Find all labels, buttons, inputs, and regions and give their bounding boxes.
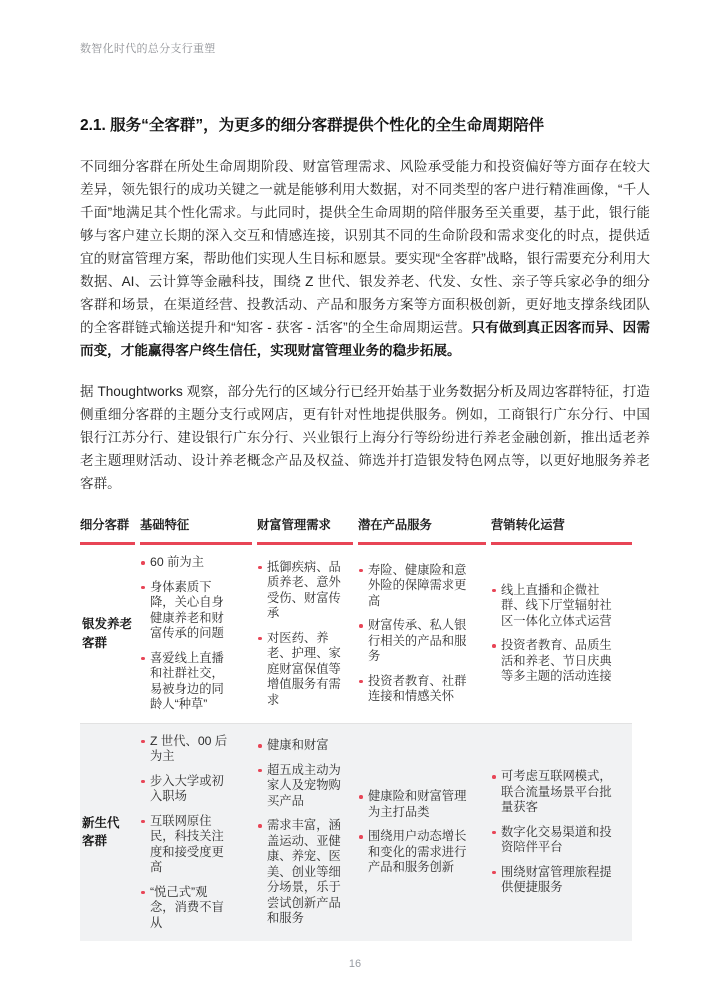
bullet-item: 喜爱线上直播和社群社交，易被身边的同龄人“种草”	[140, 651, 230, 713]
bullet-dot-icon	[258, 566, 262, 570]
bullet-text: 抵御疾病、品质养老、意外受伤、财富传承	[267, 560, 341, 621]
bullet-text: 围绕用户动态增长和变化的需求进行产品和服务创新	[368, 829, 466, 874]
cell-silver-traits: 60 前为主身体素质下降，关心自身健康养老和财富传承的问题喜爱线上直播和社群社交…	[140, 555, 252, 713]
bullet-item: 健康和财富	[257, 738, 353, 754]
bullet-item: 投资者教育、社群连接和情感关怀	[358, 674, 473, 705]
bullet-dot-icon	[492, 775, 496, 779]
bullet-item: 可考虑互联网模式，联合流量场景平台批量获客	[491, 769, 619, 816]
bullet-item: Z 世代、00 后为主	[140, 734, 230, 765]
bullet-dot-icon	[141, 561, 145, 565]
cell-newgen-traits: Z 世代、00 后为主步入大学或初入职场互联网原住民，科技关注度和接受度更高“悦…	[140, 734, 252, 932]
document-page: 数智化时代的总分支行重塑 2.1. 服务“全客群”，为更多的细分客群提供个性化的…	[0, 0, 710, 1008]
bullet-item: 围绕用户动态增长和变化的需求进行产品和服务创新	[358, 829, 473, 876]
row-label-silver-seniors: 银发养老 客群	[80, 615, 135, 653]
bullet-dot-icon	[492, 644, 496, 648]
bullet-text: 身体素质下降，关心自身健康养老和财富传承的问题	[150, 580, 224, 641]
bullet-dot-icon	[141, 740, 145, 744]
bullet-text: 健康险和财富管理为主打品类	[368, 789, 466, 819]
cell-newgen-products: 健康险和财富管理为主打品类围绕用户动态增长和变化的需求进行产品和服务创新	[358, 789, 486, 876]
bullet-text: 投资者教育、社群连接和情感关怀	[368, 674, 466, 704]
bullet-item: 超五成主动为家人及宠物购买产品	[257, 763, 353, 810]
customer-segments-table: 细分客群 基础特征 财富管理需求 潜在产品服务 营销转化运营 银发养老 客群 6…	[80, 515, 632, 941]
bullet-text: 需求丰富，涵盖运动、亚健康、养宠、医美、创业等细分场景，乐于尝试创新产品和服务	[267, 818, 341, 925]
bullet-text: “悦己式”观念，消费不盲从	[150, 885, 224, 930]
cell-newgen-marketing: 可考虑互联网模式，联合流量场景平台批量获客数字化交易渠道和投资陪伴平台围绕财富管…	[491, 769, 632, 896]
paragraph-1: 不同细分客群在所处生命周期阶段、财富管理需求、风险承受能力和投资偏好等方面存在较…	[80, 155, 650, 362]
bullet-item: 对医药、养老、护理、家庭财富保值等增值服务有需求	[257, 631, 353, 709]
bullet-item: 投资者教育、品质生活和养老、节日庆典等多主题的活动连接	[491, 638, 619, 685]
bullet-dot-icon	[359, 569, 363, 573]
paragraph-1-text: 不同细分客群在所处生命周期阶段、财富管理需求、风险承受能力和投资偏好等方面存在较…	[80, 159, 650, 335]
bullet-item: 步入大学或初入职场	[140, 774, 230, 805]
bullet-text: 超五成主动为家人及宠物购买产品	[267, 763, 341, 808]
bullet-item: 寿险、健康险和意外险的保障需求更高	[358, 563, 473, 610]
bullet-dot-icon	[359, 624, 363, 628]
bullet-dot-icon	[258, 744, 262, 748]
section-title: 2.1. 服务“全客群”，为更多的细分客群提供个性化的全生命周期陪伴	[80, 114, 648, 137]
table-header-row: 细分客群 基础特征 财富管理需求 潜在产品服务 营销转化运营	[80, 515, 632, 545]
bullet-text: 投资者教育、品质生活和养老、节日庆典等多主题的活动连接	[501, 638, 612, 683]
table-row-silver-seniors: 银发养老 客群 60 前为主身体素质下降，关心自身健康养老和财富传承的问题喜爱线…	[80, 545, 632, 724]
bullet-item: 抵御疾病、品质养老、意外受伤、财富传承	[257, 560, 353, 622]
col-header-traits: 基础特征	[140, 515, 252, 545]
bullet-item: 数字化交易渠道和投资陪伴平台	[491, 825, 619, 856]
bullet-text: Z 世代、00 后为主	[150, 734, 227, 764]
col-header-wealth-needs: 财富管理需求	[257, 515, 353, 545]
bullet-item: 身体素质下降，关心自身健康养老和财富传承的问题	[140, 580, 230, 642]
bullet-text: 对医药、养老、护理、家庭财富保值等增值服务有需求	[267, 631, 341, 707]
bullet-dot-icon	[258, 824, 262, 828]
bullet-text: 财富传承、私人银行相关的产品和服务	[368, 618, 466, 663]
bullet-item: “悦己式”观念，消费不盲从	[140, 885, 230, 932]
bullet-dot-icon	[492, 831, 496, 835]
cell-silver-products: 寿险、健康险和意外险的保障需求更高财富传承、私人银行相关的产品和服务投资者教育、…	[358, 563, 486, 705]
bullet-dot-icon	[359, 795, 363, 799]
bullet-dot-icon	[141, 820, 145, 824]
bullet-text: 喜爱线上直播和社群社交，易被身边的同龄人“种草”	[150, 651, 224, 712]
bullet-item: 互联网原住民，科技关注度和接受度更高	[140, 814, 230, 876]
col-header-marketing: 营销转化运营	[491, 515, 632, 545]
bullet-item: 围绕财富管理旅程提供便捷服务	[491, 865, 619, 896]
col-header-segment: 细分客群	[80, 515, 135, 545]
bullet-dot-icon	[258, 637, 262, 641]
bullet-text: 健康和财富	[267, 738, 329, 752]
bullet-text: 可考虑互联网模式，联合流量场景平台批量获客	[501, 769, 612, 814]
bullet-item: 需求丰富，涵盖运动、亚健康、养宠、医美、创业等细分场景，乐于尝试创新产品和服务	[257, 818, 353, 927]
bullet-item: 健康险和财富管理为主打品类	[358, 789, 473, 820]
bullet-dot-icon	[141, 586, 145, 590]
bullet-text: 线上直播和企微社群、线下厅堂辐射社区一体化立体式运营	[501, 583, 612, 628]
bullet-text: 步入大学或初入职场	[150, 774, 224, 804]
bullet-dot-icon	[141, 891, 145, 895]
bullet-text: 60 前为主	[150, 555, 204, 569]
bullet-dot-icon	[141, 657, 145, 661]
cell-silver-marketing: 线上直播和企微社群、线下厅堂辐射社区一体化立体式运营投资者教育、品质生活和养老、…	[491, 583, 632, 685]
bullet-item: 财富传承、私人银行相关的产品和服务	[358, 618, 473, 665]
bullet-dot-icon	[359, 835, 363, 839]
bullet-dot-icon	[492, 871, 496, 875]
row-label-new-generation: 新生代 客群	[80, 814, 135, 852]
bullet-text: 寿险、健康险和意外险的保障需求更高	[368, 563, 466, 608]
col-header-products: 潜在产品服务	[358, 515, 486, 545]
page-number: 16	[0, 958, 710, 970]
table-row-new-generation: 新生代 客群 Z 世代、00 后为主步入大学或初入职场互联网原住民，科技关注度和…	[80, 724, 632, 942]
bullet-item: 60 前为主	[140, 555, 230, 571]
cell-newgen-needs: 健康和财富超五成主动为家人及宠物购买产品需求丰富，涵盖运动、亚健康、养宠、医美、…	[257, 738, 353, 927]
running-header: 数智化时代的总分支行重塑	[80, 40, 648, 56]
bullet-text: 互联网原住民，科技关注度和接受度更高	[150, 814, 224, 875]
paragraph-2: 据 Thoughtworks 观察，部分先行的区域分行已经开始基于业务数据分析及…	[80, 380, 650, 495]
bullet-dot-icon	[359, 680, 363, 684]
bullet-dot-icon	[492, 589, 496, 593]
bullet-dot-icon	[258, 769, 262, 773]
bullet-item: 线上直播和企微社群、线下厅堂辐射社区一体化立体式运营	[491, 583, 619, 630]
bullet-dot-icon	[141, 780, 145, 784]
bullet-text: 数字化交易渠道和投资陪伴平台	[501, 825, 612, 855]
cell-silver-needs: 抵御疾病、品质养老、意外受伤、财富传承对医药、养老、护理、家庭财富保值等增值服务…	[257, 560, 353, 709]
bullet-text: 围绕财富管理旅程提供便捷服务	[501, 865, 612, 895]
